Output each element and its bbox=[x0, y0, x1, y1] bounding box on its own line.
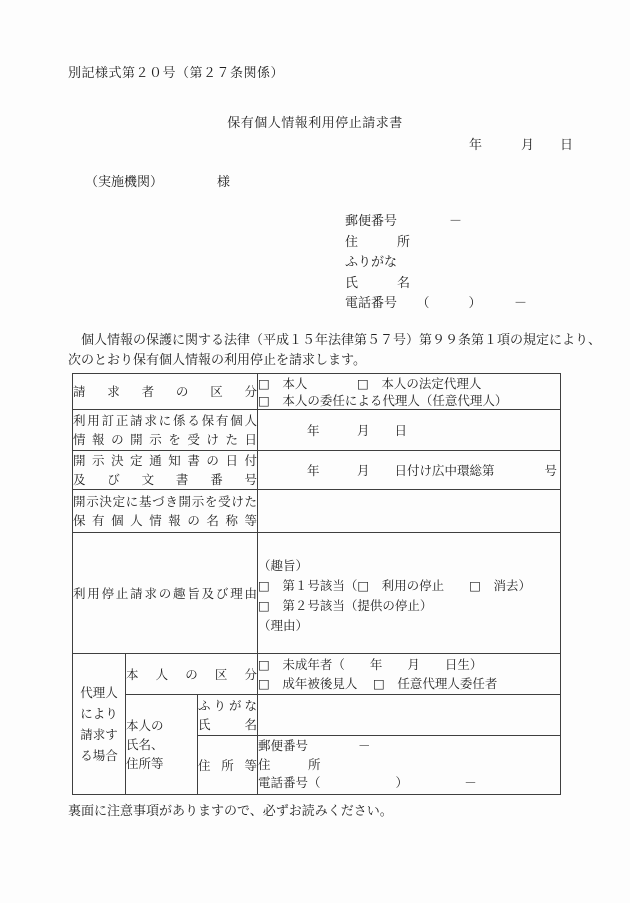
requester-options-line1: □ 本人□ 本人の法定代理人 bbox=[258, 375, 560, 392]
applicant-block[interactable]: 郵便番号 －住 所ふりがな氏 名電話番号 （ ） － bbox=[345, 212, 527, 315]
label-furigana-name: ふりがな氏名 bbox=[198, 695, 258, 736]
recipient-agency[interactable]: （実施機関） bbox=[85, 175, 163, 190]
requester-options-cell: □ 本人□ 本人の法定代理人 □ 本人の委任による代理人（任意代理人） bbox=[258, 374, 561, 410]
page-title: 保有個人情報利用停止請求書 bbox=[0, 112, 630, 131]
principal-category-line2: □ 成年被後見人□ 任意代理人委任者 bbox=[258, 674, 560, 693]
checkbox-self[interactable]: □ 本人 bbox=[258, 375, 357, 392]
label-principal-name-address: 本人の氏名、住所等 bbox=[126, 695, 198, 795]
checkbox-legal-representative[interactable]: □ 本人の法定代理人 bbox=[357, 376, 481, 391]
notice-document-field[interactable]: 年 月 日付け広中環総第 号 bbox=[258, 451, 561, 490]
form-number: 別記様式第２０号（第２７条関係） bbox=[68, 62, 284, 81]
checkbox-adult-ward[interactable]: □ 成年被後見人 bbox=[258, 674, 373, 693]
document-page: 別記様式第２０号（第２７条関係） 保有個人情報利用停止請求書 年 月 日 （実施… bbox=[0, 0, 630, 903]
purpose-reason-cell[interactable]: （趣旨）□ 第１号該当（□ 利用の停止 □ 消去）□ 第２号該当（提供の停止）（… bbox=[258, 533, 561, 654]
principal-name-field[interactable] bbox=[258, 695, 561, 736]
principal-category-cell: □ 未成年者（ 年 月 日生） □ 成年被後見人□ 任意代理人委任者 bbox=[258, 654, 561, 695]
label-principal-category: 本人の区分 bbox=[126, 654, 258, 695]
checkbox-minor[interactable]: □ 未成年者（ 年 月 日生） bbox=[258, 655, 560, 674]
checkbox-voluntary-delegator[interactable]: □ 任意代理人委任者 bbox=[373, 676, 497, 691]
recipient-line: （実施機関）様 bbox=[85, 171, 230, 190]
label-disclosure-date: 利用訂正請求に係る保有個人情報の開示を受けた日 bbox=[73, 410, 258, 451]
label-purpose-reason: 利用停止請求の趣旨及び理由 bbox=[73, 533, 258, 654]
checkbox-voluntary-representative[interactable]: □ 本人の委任による代理人（任意代理人） bbox=[258, 392, 560, 409]
label-proxy-request-group: 代理人により請求する場合 bbox=[73, 654, 126, 795]
intro-paragraph: 個人情報の保護に関する法律（平成１５年法律第５７号）第９９条第１項の規定により、… bbox=[68, 331, 601, 371]
label-info-name: 開示決定に基づき開示を受けた保有個人情報の名称等 bbox=[73, 490, 258, 533]
label-address: 住所等 bbox=[198, 736, 258, 795]
date-field[interactable]: 年 月 日 bbox=[469, 134, 573, 153]
disclosure-date-field[interactable]: 年 月 日 bbox=[258, 410, 561, 451]
label-requester-category: 請求者の区分 bbox=[73, 374, 258, 410]
label-notice-document: 開示決定通知書の日付及び文書番号 bbox=[73, 451, 258, 490]
info-name-field[interactable] bbox=[258, 490, 561, 533]
recipient-honorific: 様 bbox=[217, 175, 230, 190]
footer-note: 裏面に注意事項がありますので、必ずお読みください。 bbox=[68, 800, 393, 819]
principal-address-fields[interactable]: 郵便番号 －住 所電話番号（ ） － bbox=[258, 736, 561, 795]
request-table: 請求者の区分 □ 本人□ 本人の法定代理人 □ 本人の委任による代理人（任意代理… bbox=[72, 373, 561, 795]
